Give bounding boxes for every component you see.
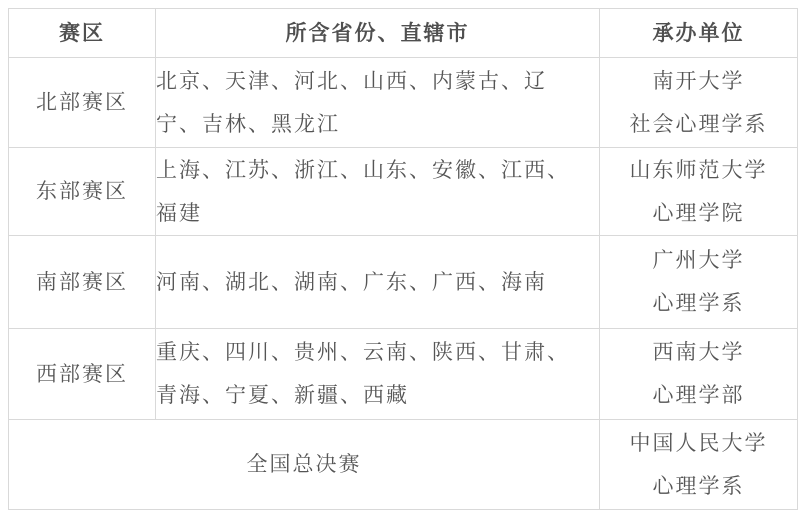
provinces-cell: 上海、江苏、浙江、山东、安徽、江西、 福建: [156, 148, 600, 236]
header-row: 赛区 所含省份、直辖市 承办单位: [9, 9, 798, 58]
zone-cell: 西部赛区: [9, 329, 156, 420]
zone-cell: 东部赛区: [9, 148, 156, 236]
competition-zones-table: 赛区 所含省份、直辖市 承办单位 北部赛区 北京、天津、河北、山西、内蒙古、辽 …: [8, 8, 798, 510]
table-row-south: 南部赛区 河南、湖北、湖南、广东、广西、海南 广州大学 心理学系: [9, 236, 798, 329]
host-cell: 山东师范大学 心理学院: [600, 148, 798, 236]
column-header-provinces: 所含省份、直辖市: [156, 9, 600, 58]
table-row-east: 东部赛区 上海、江苏、浙江、山东、安徽、江西、 福建 山东师范大学 心理学院: [9, 148, 798, 236]
zone-cell: 南部赛区: [9, 236, 156, 329]
final-label-cell: 全国总决赛: [9, 420, 600, 510]
column-header-zone: 赛区: [9, 9, 156, 58]
provinces-cell: 重庆、四川、贵州、云南、陕西、甘肃、 青海、宁夏、新疆、西藏: [156, 329, 600, 420]
column-header-host: 承办单位: [600, 9, 798, 58]
table-row-north: 北部赛区 北京、天津、河北、山西、内蒙古、辽 宁、吉林、黑龙江 南开大学 社会心…: [9, 58, 798, 148]
zone-cell: 北部赛区: [9, 58, 156, 148]
table-row-west: 西部赛区 重庆、四川、贵州、云南、陕西、甘肃、 青海、宁夏、新疆、西藏 西南大学…: [9, 329, 798, 420]
host-cell: 南开大学 社会心理学系: [600, 58, 798, 148]
page: 赛区 所含省份、直辖市 承办单位 北部赛区 北京、天津、河北、山西、内蒙古、辽 …: [0, 0, 805, 517]
provinces-cell: 河南、湖北、湖南、广东、广西、海南: [156, 236, 600, 329]
host-cell: 广州大学 心理学系: [600, 236, 798, 329]
table-row-final: 全国总决赛 中国人民大学 心理学系: [9, 420, 798, 510]
host-cell: 中国人民大学 心理学系: [600, 420, 798, 510]
provinces-cell: 北京、天津、河北、山西、内蒙古、辽 宁、吉林、黑龙江: [156, 58, 600, 148]
host-cell: 西南大学 心理学部: [600, 329, 798, 420]
